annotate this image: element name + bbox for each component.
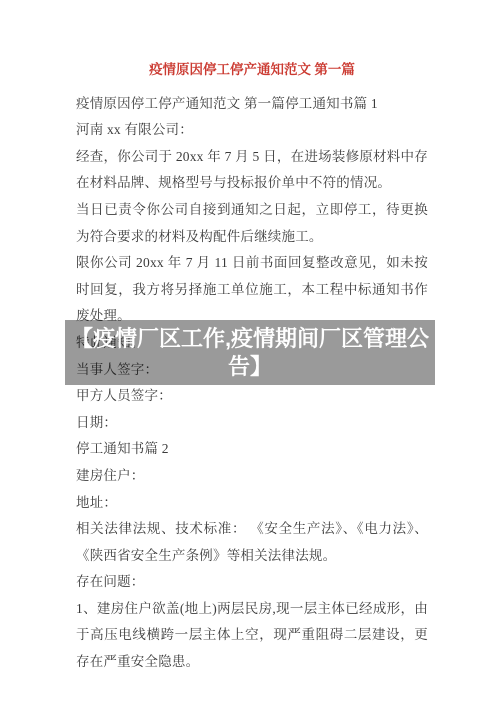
watermark-text: 【疫情厂区工作,疫情期间厂区管理公告】 bbox=[71, 326, 429, 379]
paragraph: 存在问题： bbox=[76, 569, 428, 596]
document-title: 疫情原因停工停产通知范文 第一篇 bbox=[76, 57, 428, 84]
paragraph: 日期： bbox=[76, 410, 428, 437]
paragraph: 河南 xx 有限公司： bbox=[76, 117, 428, 144]
paragraph: 相关法律法规、技术标准： 《安全生产法》、《电力法》、《陕西省安全生产条例》等相… bbox=[76, 516, 428, 569]
paragraph: 1、建房住户欲盖(地上)两层民房,现一层主体已经成形，由于高压电线横跨一层主体上… bbox=[76, 596, 428, 676]
paragraph: 疫情原因停工停产通知范文 第一篇停工通知书篇 1 bbox=[76, 91, 428, 118]
paragraph: 地址： bbox=[76, 490, 428, 517]
paragraph: 甲方人员签字： bbox=[76, 383, 428, 410]
paragraph: 限你公司 20xx 年 7 月 11 日前书面回复整改意见，如未按时回复，我方将… bbox=[76, 250, 428, 330]
paragraph: 当日已责令你公司自接到通知之日起，立即停工，待更换为符合要求的材料及构配件后继续… bbox=[76, 197, 428, 250]
paragraph: 停工通知书篇 2 bbox=[76, 436, 428, 463]
document-page: 疫情原因停工停产通知范文 第一篇 疫情原因停工停产通知范文 第一篇停工通知书篇 … bbox=[0, 0, 500, 706]
watermark: 【疫情厂区工作,疫情期间厂区管理公告】 bbox=[65, 320, 435, 385]
paragraph: 建房住户： bbox=[76, 463, 428, 490]
paragraph: 经查，你公司于 20xx 年 7 月 5 日，在进场装修原材料中存在材料品牌、规… bbox=[76, 144, 428, 197]
